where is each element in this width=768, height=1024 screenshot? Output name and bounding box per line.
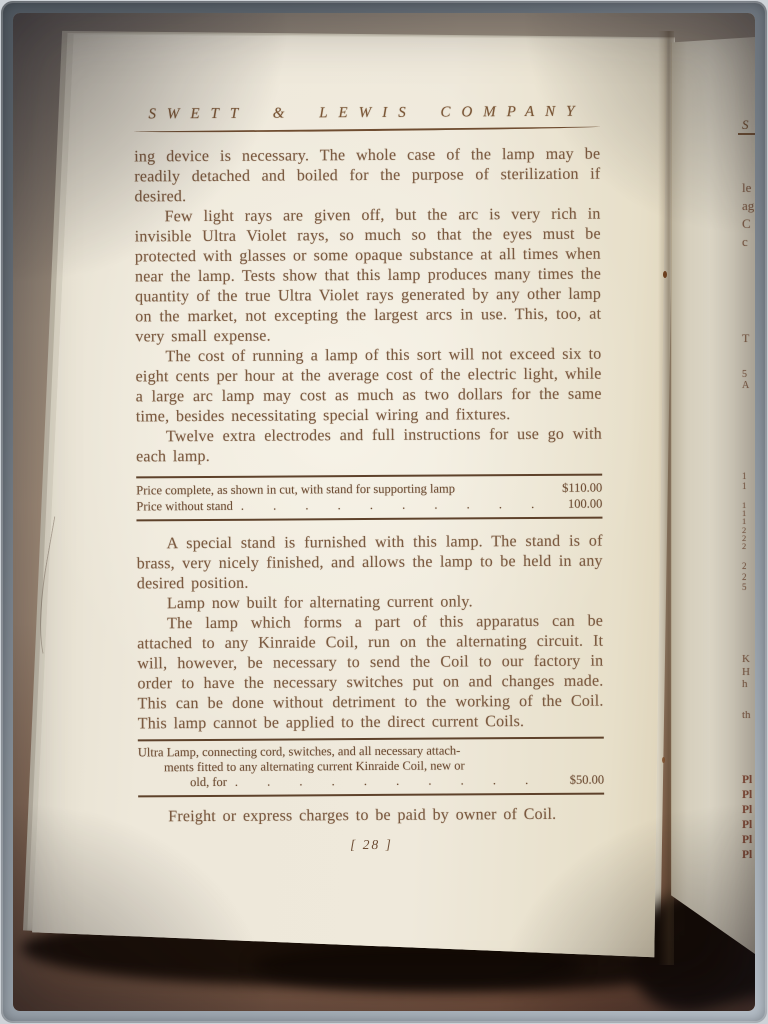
facing-number-fragment: 2 2 5 bbox=[742, 561, 747, 593]
facing-head-rule bbox=[738, 133, 755, 135]
facing-text-fragment: Pl Pl Pl Pl Pl Pl bbox=[742, 773, 752, 863]
facing-text-fragment: th bbox=[742, 709, 751, 722]
dot-leader: . . . . . . . . . . . . bbox=[233, 496, 549, 514]
paragraph: Freight or express charges to be paid by… bbox=[138, 805, 604, 828]
price-label: Price complete, as shown in cut, with st… bbox=[136, 480, 455, 498]
price-row: old, for . . . . . . . . . . . . $50.00 bbox=[138, 773, 604, 791]
dot-leader: . . . . . . . . . . . . bbox=[227, 773, 550, 790]
page-number: [ 28 ] bbox=[138, 836, 604, 855]
facing-text-fragment: 5 A bbox=[742, 369, 749, 391]
page-blemish bbox=[663, 271, 667, 278]
paragraph: The lamp which forms a part of this appa… bbox=[137, 612, 604, 735]
facing-running-head-fragment: S bbox=[742, 117, 749, 133]
facing-page-sliver: S le ag C c T 5 A 1 1 1 1 1 2 2 2 2 2 5 … bbox=[671, 37, 755, 954]
paragraph: Twelve extra electrodes and full instruc… bbox=[136, 425, 602, 468]
paragraph: Lamp now built for alternating current o… bbox=[137, 592, 603, 615]
book-photograph: SWETT & LEWIS COMPANY ing device is nece… bbox=[13, 13, 755, 1011]
price-value: 100.00 bbox=[548, 496, 602, 512]
facing-number-fragment: 1 1 1 2 2 2 bbox=[742, 501, 746, 550]
screenshot-stage: SWETT & LEWIS COMPANY ing device is nece… bbox=[0, 0, 768, 1024]
facing-text-fragment: le ag C c bbox=[742, 179, 754, 251]
price-table-lamp: Price complete, as shown in cut, with st… bbox=[136, 474, 602, 522]
paragraph: ing device is necessary. The whole case … bbox=[134, 145, 600, 208]
running-head-rule bbox=[134, 127, 600, 134]
price-value: $50.00 bbox=[550, 773, 604, 788]
running-head: SWETT & LEWIS COMPANY bbox=[134, 104, 600, 124]
price-label: Price without stand bbox=[136, 498, 233, 515]
facing-text-fragment: K H h bbox=[742, 653, 750, 691]
paragraph: A special stand is furnished with this l… bbox=[137, 532, 603, 595]
paragraph: The cost of running a lamp of this sort … bbox=[135, 345, 601, 428]
book-page: SWETT & LEWIS COMPANY ing device is nece… bbox=[29, 33, 669, 961]
price-spacer bbox=[455, 492, 548, 493]
facing-number-fragment: 1 1 bbox=[742, 471, 747, 491]
price-label: old, for bbox=[138, 775, 227, 791]
facing-text-fragment: T bbox=[742, 331, 749, 346]
price-value: $110.00 bbox=[548, 480, 602, 496]
page-blemish bbox=[662, 757, 665, 763]
photo-frame: SWETT & LEWIS COMPANY ing device is nece… bbox=[1, 1, 767, 1023]
page-content: SWETT & LEWIS COMPANY ing device is nece… bbox=[133, 32, 604, 855]
paragraph: Few light rays are given off, but the ar… bbox=[135, 205, 602, 348]
price-table-ultra-lamp: Ultra Lamp, connecting cord, switches, a… bbox=[138, 737, 604, 798]
price-row: Price without stand . . . . . . . . . . … bbox=[136, 496, 602, 515]
